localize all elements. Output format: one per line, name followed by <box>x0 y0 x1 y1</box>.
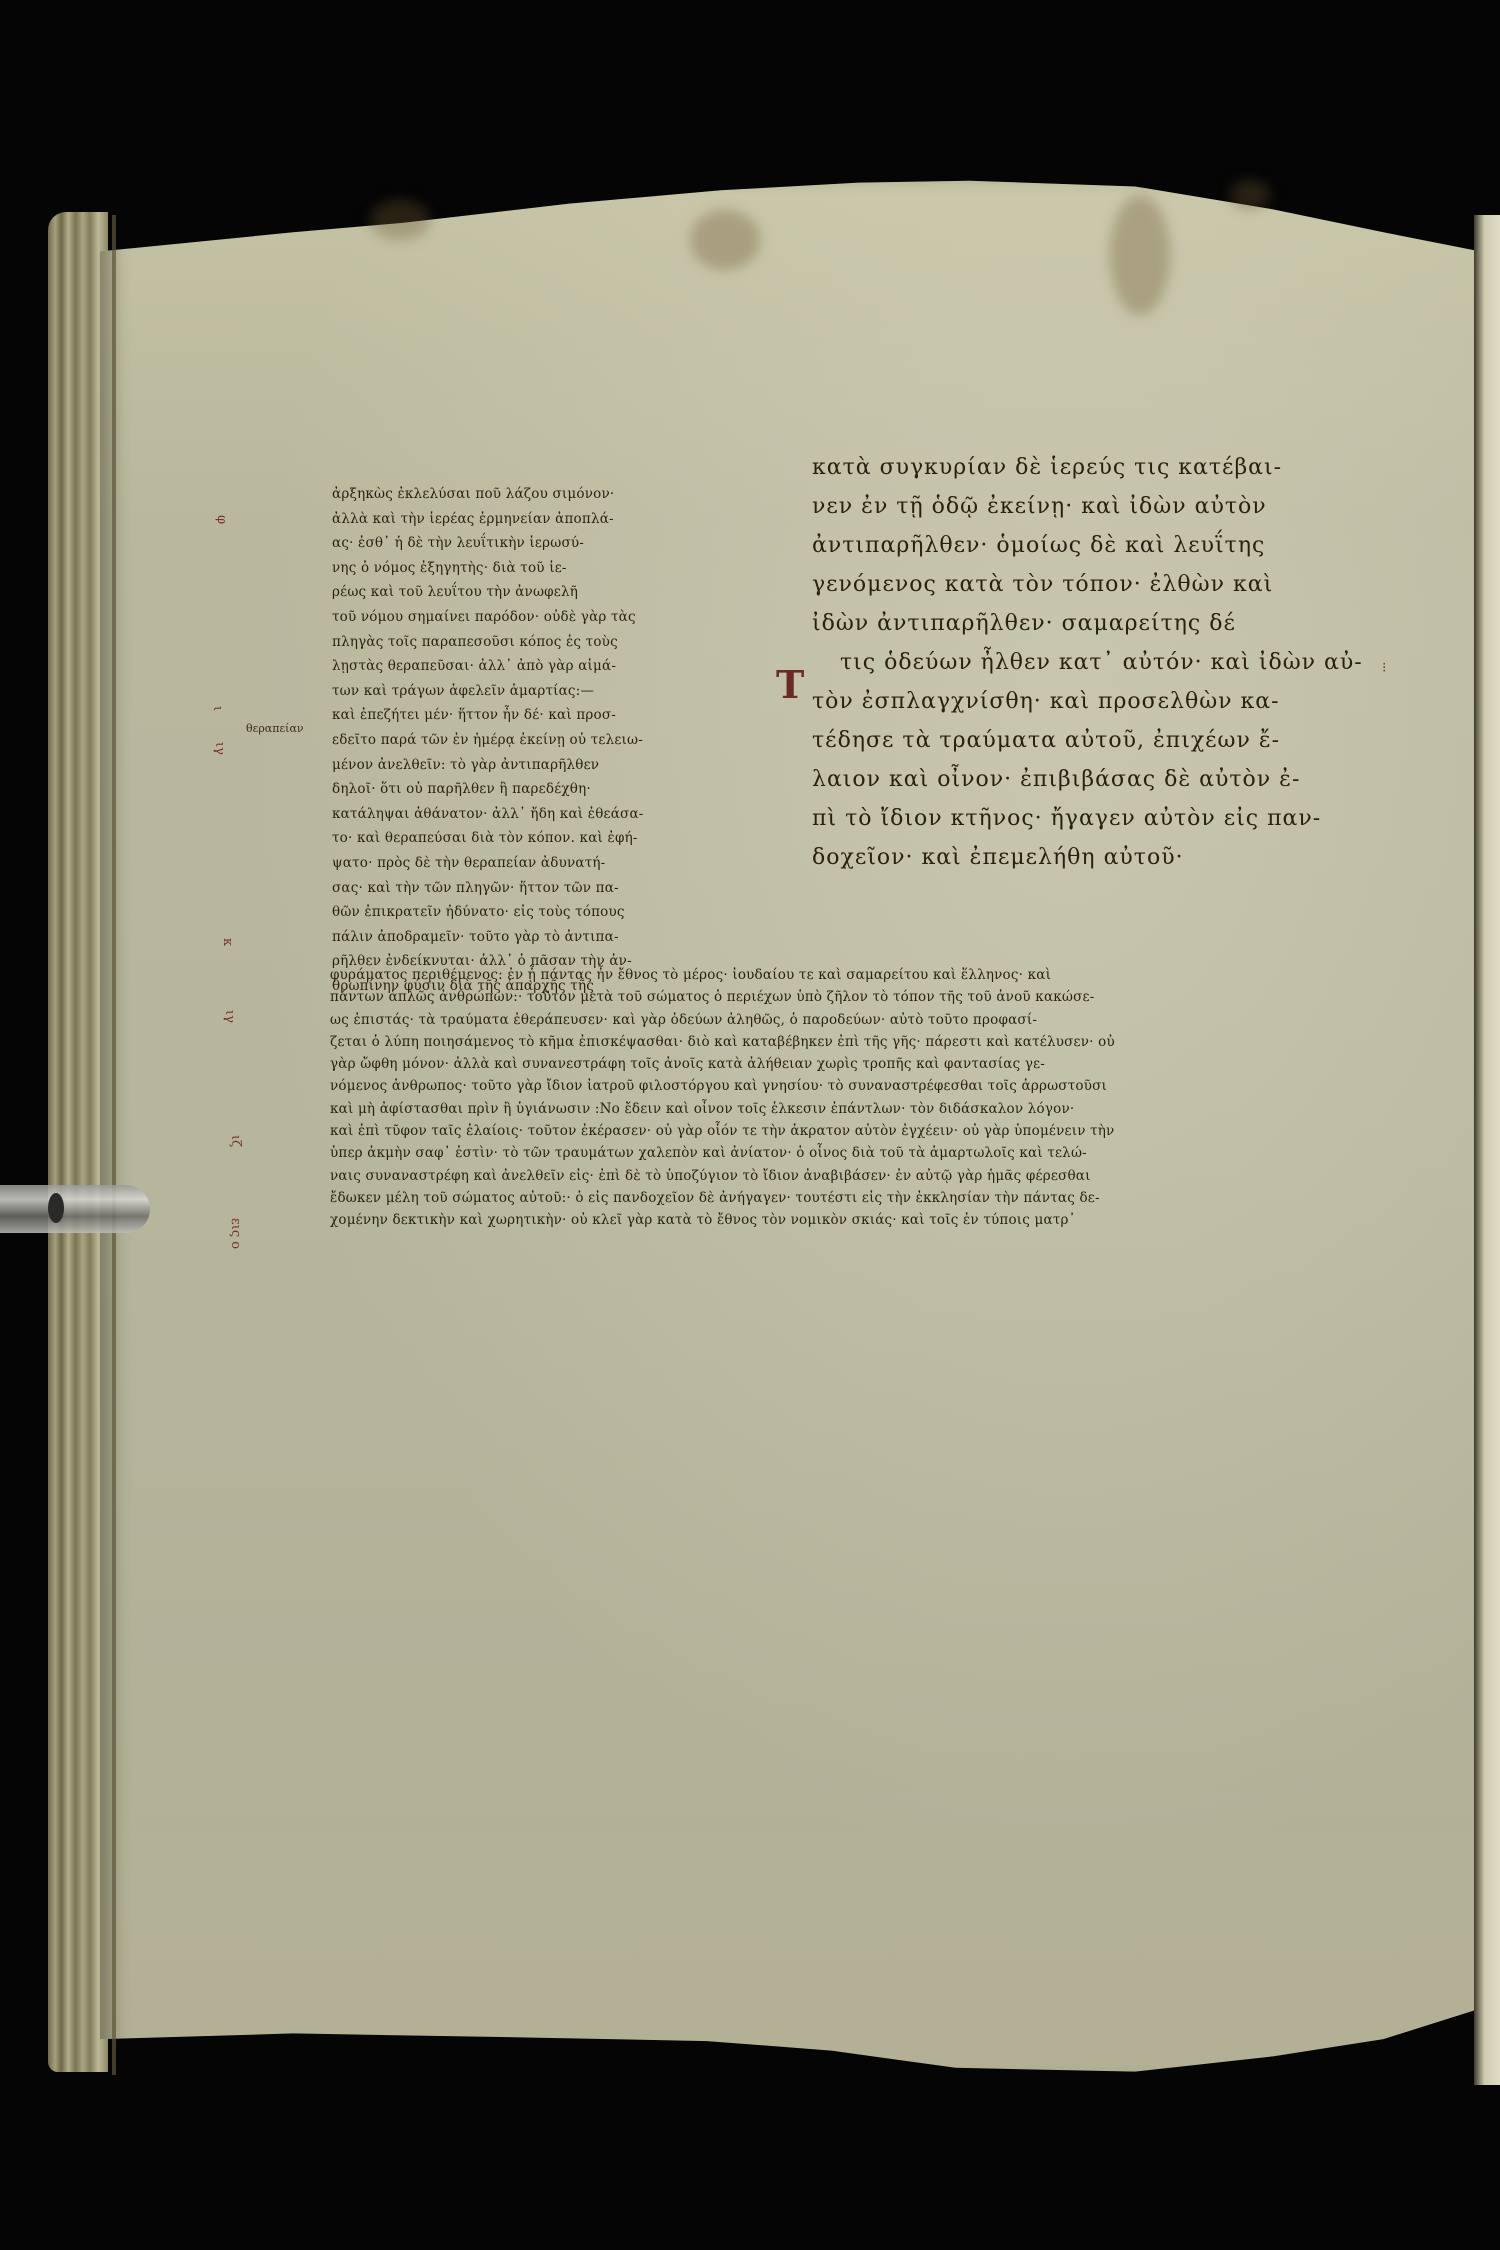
stain <box>1110 195 1170 315</box>
text-line: νόμενος ἀνθρωπος· τοῦτο γὰρ ἴδιον ἰατροῦ… <box>330 1075 1115 1097</box>
text-line: δηλοῖ· ὅτι οὐ παρῆλθεν ἢ παρεδέχθη· <box>332 777 644 802</box>
text-line: ἀντιπαρῆλθεν· ὁμοίως δὲ καὶ λευΐτης <box>812 526 1363 565</box>
margin-gloss: θεραπείαν <box>246 722 304 735</box>
margin-number: κ <box>220 938 235 946</box>
text-line: πληγὰς τοῖς παραπεσοῦσι κόπος ἐς τοὺς <box>332 630 644 655</box>
text-line: εδεῖτο παρά τῶν ἐν ἡμέρᾳ ἐκείνῃ οὐ τελει… <box>332 728 644 753</box>
page-gutter <box>112 215 116 2075</box>
text-line: κατὰ συγκυρίαν δὲ ἱερεύς τις κατέβαι- <box>812 448 1363 487</box>
text-line: ναις συναναστρέφη καὶ ἀνελθεῖν εἰς· ἐπὶ … <box>330 1165 1115 1187</box>
text-line: πάλιν ἀποδραμεῖν· τοῦτο γὰρ τὸ ἀντιπα- <box>332 925 644 950</box>
text-line: νης ὁ νόμος ἐξηγητὴς· διὰ τοῦ ἱε- <box>332 556 644 581</box>
text-line: ἰδὼν ἀντιπαρῆλθεν· σαμαρείτης δέ <box>812 604 1363 643</box>
margin-number: εις ο <box>228 1218 243 1249</box>
text-line: λαιον καὶ οἶνον· ἐπιβιβάσας δὲ αὐτὸν ἐ- <box>812 760 1363 799</box>
text-line: τοῦ νόμου σημαίνει παρόδον· οὐδὲ γὰρ τὰς <box>332 605 644 630</box>
facing-leaf-edge <box>1474 215 1500 2085</box>
text-line: νεν ἐν τῇ ὁδῷ ἐκείνῃ· καὶ ἰδὼν αὐτὸν <box>812 487 1363 526</box>
text-line: γὰρ ὤφθη μόνον· ἀλλὰ καὶ συνανεστράφη το… <box>330 1053 1115 1075</box>
text-line: ως ἐπιστάς· τὰ τραύματα ἐθεράπευσεν· καὶ… <box>330 1009 1115 1031</box>
stain <box>1230 180 1270 210</box>
text-line: λῃστὰς θεραπεῦσαι· ἀλλ᾽ ἀπὸ γὰρ αἱμά- <box>332 654 644 679</box>
commentary-column: ἀρξηκὼς ἐκλελύσαι ποῦ λάζου σιμόνον· ἀλλ… <box>332 482 644 998</box>
text-line: καὶ ἐπεζήτει μέν· ἥττον ἦν δέ· καὶ προσ- <box>332 703 644 728</box>
text-line: ζεται ὁ λύπη ποιησάμενος τὸ κῆμα ἐπισκέψ… <box>330 1031 1115 1053</box>
margin-mark-right: ⁝ <box>1382 660 1386 676</box>
text-line: πὶ τὸ ἴδιον κτῆνος· ἤγαγεν αὐτὸν εἰς παν… <box>812 799 1363 838</box>
text-line: σας· καὶ τὴν τῶν πληγῶν· ἥττον τῶν πα- <box>332 876 644 901</box>
wide-commentary-block: φυράματος περιθέμενος: ἐν ᾗ πάντας ἦν ἔθ… <box>330 964 1115 1232</box>
text-line: θῶν ἐπικρατεῖν ἠδύνατο· εἰς τοὺς τόπους <box>332 900 644 925</box>
margin-number: ιγ <box>212 742 227 755</box>
text-line: καὶ μὴ ἀφίστασθαι πρὶν ἢ ὑγιάνωσιν :Νο ἔ… <box>330 1098 1115 1120</box>
text-line: ὑπερ ἀκμὴν σαφ᾽ ἐστὶν· τὸ τῶν τραυμάτων … <box>330 1142 1115 1164</box>
text-line: καὶ ἐπὶ τῦφον ταῖς ἐλαίοις· τοῦτον ἐκέρα… <box>330 1120 1115 1142</box>
text-line: πάντων ἁπλῶς ἀνθρώπων:· τοῦτον μετὰ τοῦ … <box>330 986 1115 1008</box>
text-line: ἀρξηκὼς ἐκλελύσαι ποῦ λάζου σιμόνον· <box>332 482 644 507</box>
stain <box>690 210 760 270</box>
text-line: ψατο· πρὸς δὲ τὴν θεραπείαν ἀδυνατή- <box>332 851 644 876</box>
text-line: το· καὶ θεραπεύσαι διὰ τὸν κόπον. καὶ ἐφ… <box>332 826 644 851</box>
text-line: τὸν ἐσπλαγχνίσθη· καὶ προσελθὼν κα- <box>812 682 1363 721</box>
page-weight-clip <box>0 1185 150 1233</box>
margin-number: ιγ <box>222 1010 237 1023</box>
main-text-column: κατὰ συγκυρίαν δὲ ἱερεύς τις κατέβαι- νε… <box>812 448 1363 877</box>
rubricated-initial: Τ <box>776 665 804 705</box>
text-line: κατάληψαι ἀθάνατον· ἀλλ᾽ ἤδη καὶ ἐθεάσα- <box>332 802 644 827</box>
text-line: ρέως καὶ τοῦ λευΐτου τὴν ἀνωφελῆ <box>332 580 644 605</box>
clip-hole <box>48 1193 64 1223</box>
text-line: ας· ἐσθ᾽ ἡ δὲ τὴν λευΐτικὴν ἱερωσύ- <box>332 531 644 556</box>
text-line: των καὶ τράγων ἀφελεῖν ἁμαρτίας:— <box>332 679 644 704</box>
page-stack-edge <box>48 212 108 2072</box>
text-line: ἀλλὰ καὶ τὴν ἱερέας ἑρμηνείαν ἀποπλά- <box>332 507 644 532</box>
text-line: τις ὁδεύων ἦλθεν κατ᾽ αὐτόν· καὶ ἰδὼν αὐ… <box>812 643 1363 682</box>
text-line: φυράματος περιθέμενος: ἐν ᾗ πάντας ἦν ἔθ… <box>330 964 1115 986</box>
text-line: τέδησε τὰ τραύματα αὐτοῦ, ἐπιχέων ἔ- <box>812 721 1363 760</box>
text-line: ἔδωκεν μέλη τοῦ σώματος αὐτοῦ:· ὁ εἰς πα… <box>330 1187 1115 1209</box>
margin-number: φ <box>214 515 229 524</box>
text-line: μένον ἀνελθεῖν: τὸ γὰρ ἀντιπαρῆλθεν <box>332 753 644 778</box>
text-line: χομένην δεκτικὴν καὶ χωρητικὴν· οὐ κλεῖ … <box>330 1209 1115 1231</box>
stain <box>370 200 430 240</box>
text-line: δοχεῖον· καὶ ἐπεμελήθη αὐτοῦ· <box>812 838 1363 877</box>
margin-number: ιζ <box>228 1135 243 1147</box>
margin-number: ι <box>210 706 225 711</box>
text-line: γενόμενος κατὰ τὸν τόπον· ἐλθὼν καὶ <box>812 565 1363 604</box>
